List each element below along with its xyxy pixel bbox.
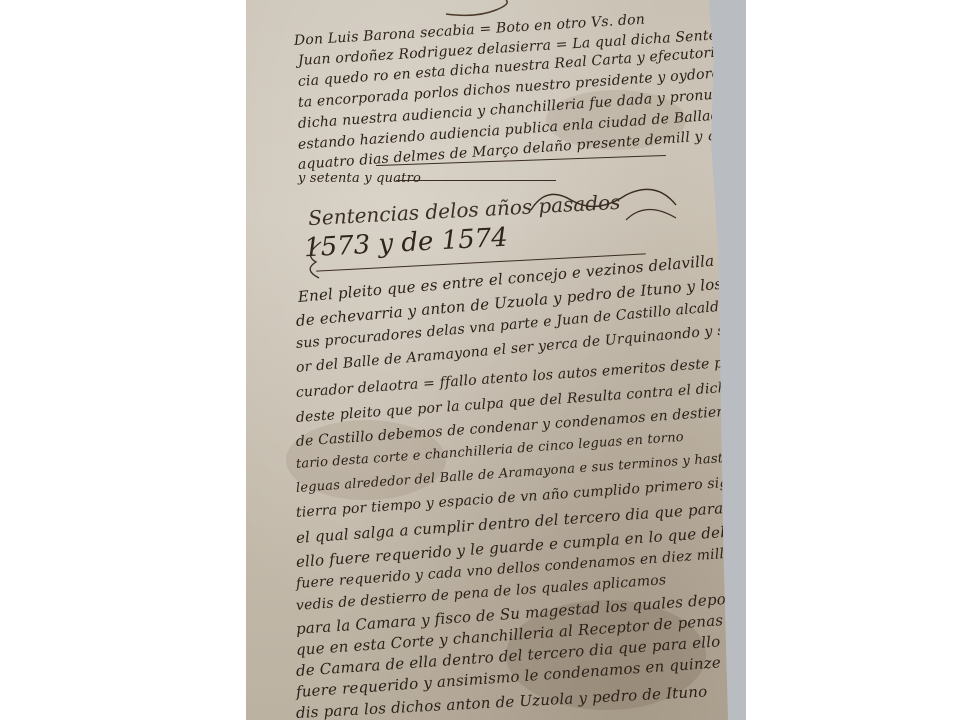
heading-flourish-icon [526, 180, 686, 230]
top-flourish-icon [436, 0, 526, 20]
manuscript-photo: Don Luis Barona secabia = Boto en otro V… [246, 0, 746, 720]
manuscript-page: Don Luis Barona secabia = Boto en otro V… [246, 0, 728, 720]
upper-line-8: y setenta y quatro [298, 171, 421, 186]
heading-side-flourish-icon [301, 240, 331, 280]
